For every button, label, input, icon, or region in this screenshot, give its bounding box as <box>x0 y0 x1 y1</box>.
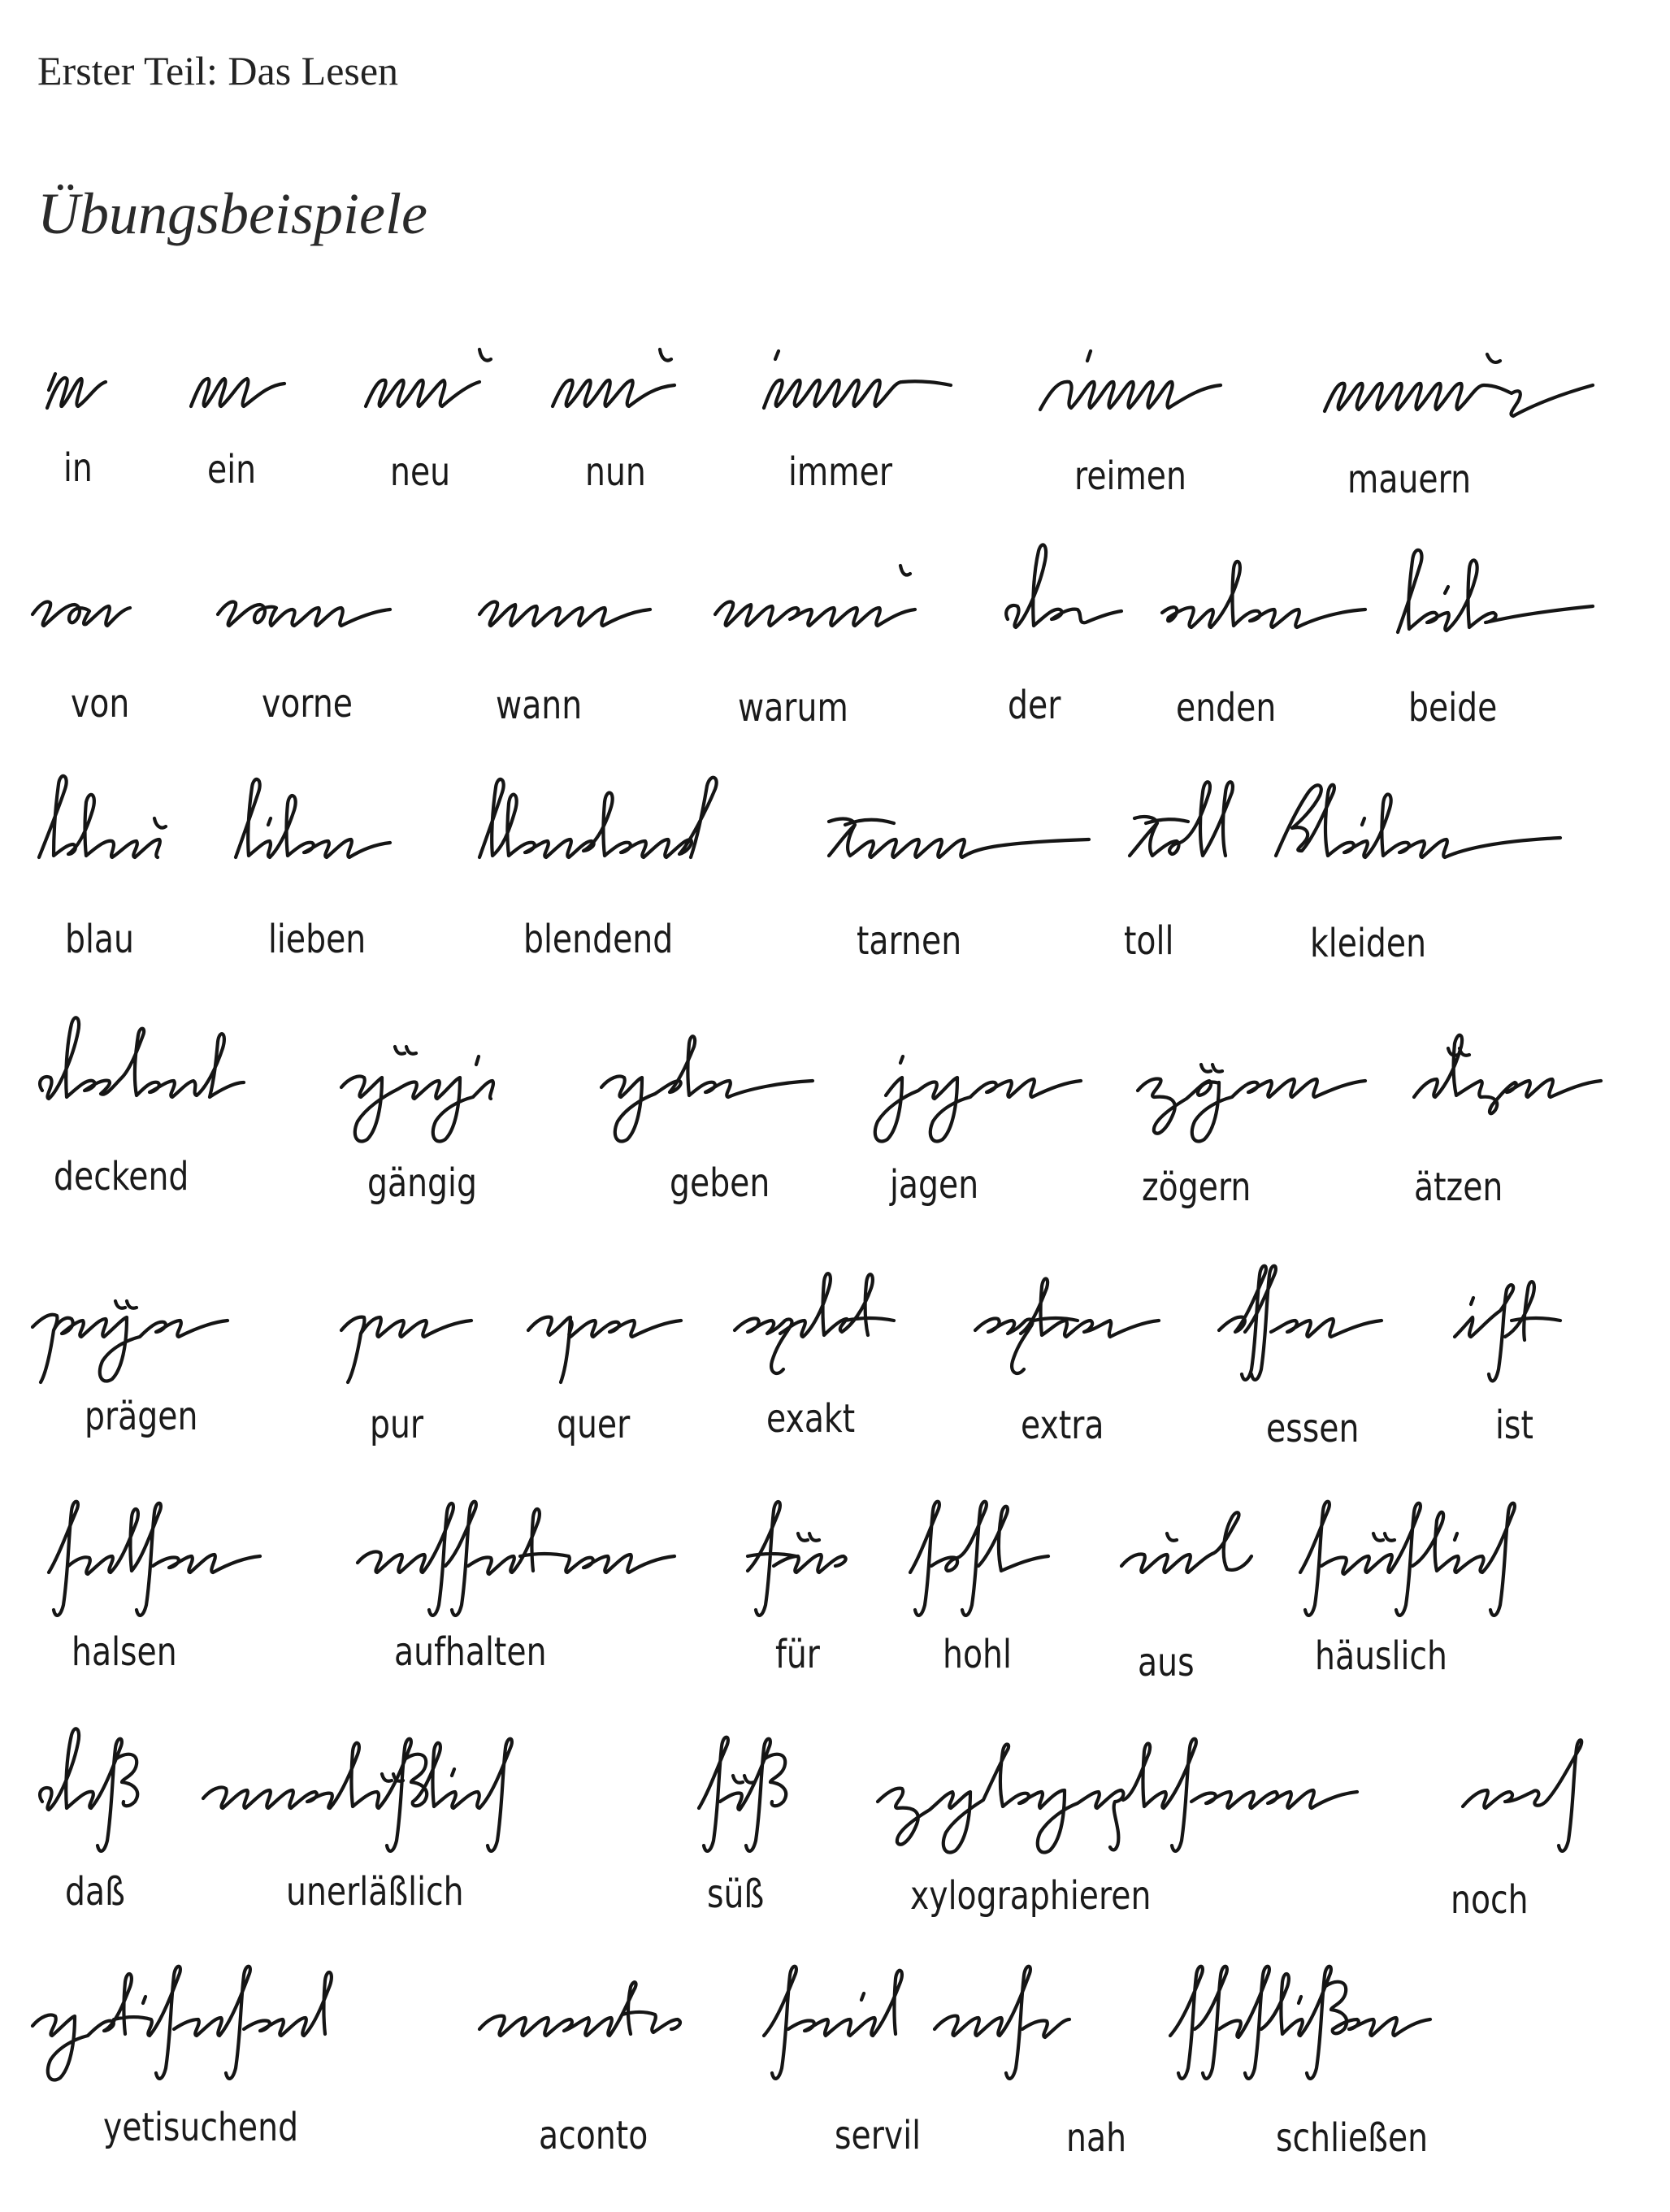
transcription-word: ist <box>1495 1403 1533 1448</box>
transcription-word: neu <box>390 449 450 495</box>
transcription-word: quer <box>557 1402 630 1447</box>
cursive-row-4 <box>0 1000 1670 1154</box>
transcription-word: blau <box>65 917 134 962</box>
transcription-word: nun <box>585 449 646 495</box>
transcription-word: schließen <box>1276 2115 1428 2161</box>
transcription-word: häuslich <box>1315 1633 1447 1679</box>
transcription-word: pur <box>370 1402 423 1447</box>
transcription-word: beide <box>1408 685 1497 731</box>
transcription-word: warum <box>738 685 848 731</box>
transcription-word: hohl <box>943 1632 1012 1677</box>
transcription-word: wann <box>496 683 582 728</box>
kurrent-handwriting-row-7 <box>0 1711 1670 1865</box>
cursive-row-3 <box>0 760 1670 914</box>
transcription-word: mauern <box>1347 457 1471 502</box>
cursive-row-7 <box>0 1711 1670 1865</box>
transcription-word: daß <box>65 1869 125 1915</box>
transcription-word: deckend <box>54 1154 189 1199</box>
transcription-word: lieben <box>268 917 366 962</box>
transcription-word: blendend <box>523 917 673 962</box>
transcription-word: jagen <box>890 1162 978 1208</box>
cursive-row-8 <box>0 1938 1670 2093</box>
kurrent-handwriting-row-5 <box>0 1239 1670 1394</box>
transcription-word: zögern <box>1142 1165 1251 1210</box>
transcription-word: noch <box>1451 1877 1529 1923</box>
transcription-word: geben <box>670 1160 770 1206</box>
transcription-word: aus <box>1138 1640 1195 1685</box>
transcription-word: tarnen <box>857 918 961 964</box>
transcription-word: essen <box>1266 1406 1359 1451</box>
transcription-word: prägen <box>85 1394 197 1439</box>
kurrent-handwriting-row-2 <box>0 528 1670 683</box>
running-head: Erster Teil: Das Lesen <box>37 47 398 94</box>
transcription-word: kleiden <box>1310 921 1426 966</box>
transcription-word: yetisuchend <box>103 2105 298 2150</box>
transcription-word: ein <box>207 447 256 492</box>
transcription-word: von <box>71 681 129 726</box>
transcription-word: servil <box>835 2113 921 2158</box>
kurrent-handwriting-row-1 <box>0 301 1670 455</box>
kurrent-handwriting-row-4 <box>0 1000 1670 1154</box>
transcription-word: xylographieren <box>910 1873 1151 1919</box>
kurrent-handwriting-row-6 <box>0 1475 1670 1629</box>
cursive-row-2 <box>0 528 1670 683</box>
cursive-row-1 <box>0 301 1670 455</box>
transcription-word: enden <box>1176 685 1276 731</box>
transcription-word: süß <box>707 1872 764 1917</box>
transcription-word: vorne <box>262 681 353 726</box>
transcription-word: toll <box>1124 918 1173 964</box>
transcription-word: extra <box>1021 1403 1104 1448</box>
transcription-word: aufhalten <box>394 1629 547 1675</box>
transcription-word: halsen <box>72 1629 177 1675</box>
transcription-word: aconto <box>539 2113 648 2158</box>
transcription-word: nah <box>1066 2115 1126 2161</box>
transcription-word: der <box>1008 683 1061 728</box>
transcription-word: ätzen <box>1414 1165 1503 1210</box>
cursive-row-6 <box>0 1475 1670 1629</box>
transcription-word: immer <box>788 449 892 495</box>
transcription-word: in <box>63 445 93 491</box>
cursive-row-5 <box>0 1239 1670 1394</box>
transcription-word: für <box>775 1632 820 1677</box>
transcription-word: gängig <box>367 1160 477 1206</box>
transcription-word: unerläßlich <box>286 1869 464 1915</box>
transcription-word: reimen <box>1074 453 1186 499</box>
transcription-word: exakt <box>766 1396 855 1442</box>
kurrent-handwriting-row-8 <box>0 1938 1670 2093</box>
kurrent-handwriting-row-3 <box>0 760 1670 914</box>
section-title: Übungsbeispiele <box>37 180 427 248</box>
